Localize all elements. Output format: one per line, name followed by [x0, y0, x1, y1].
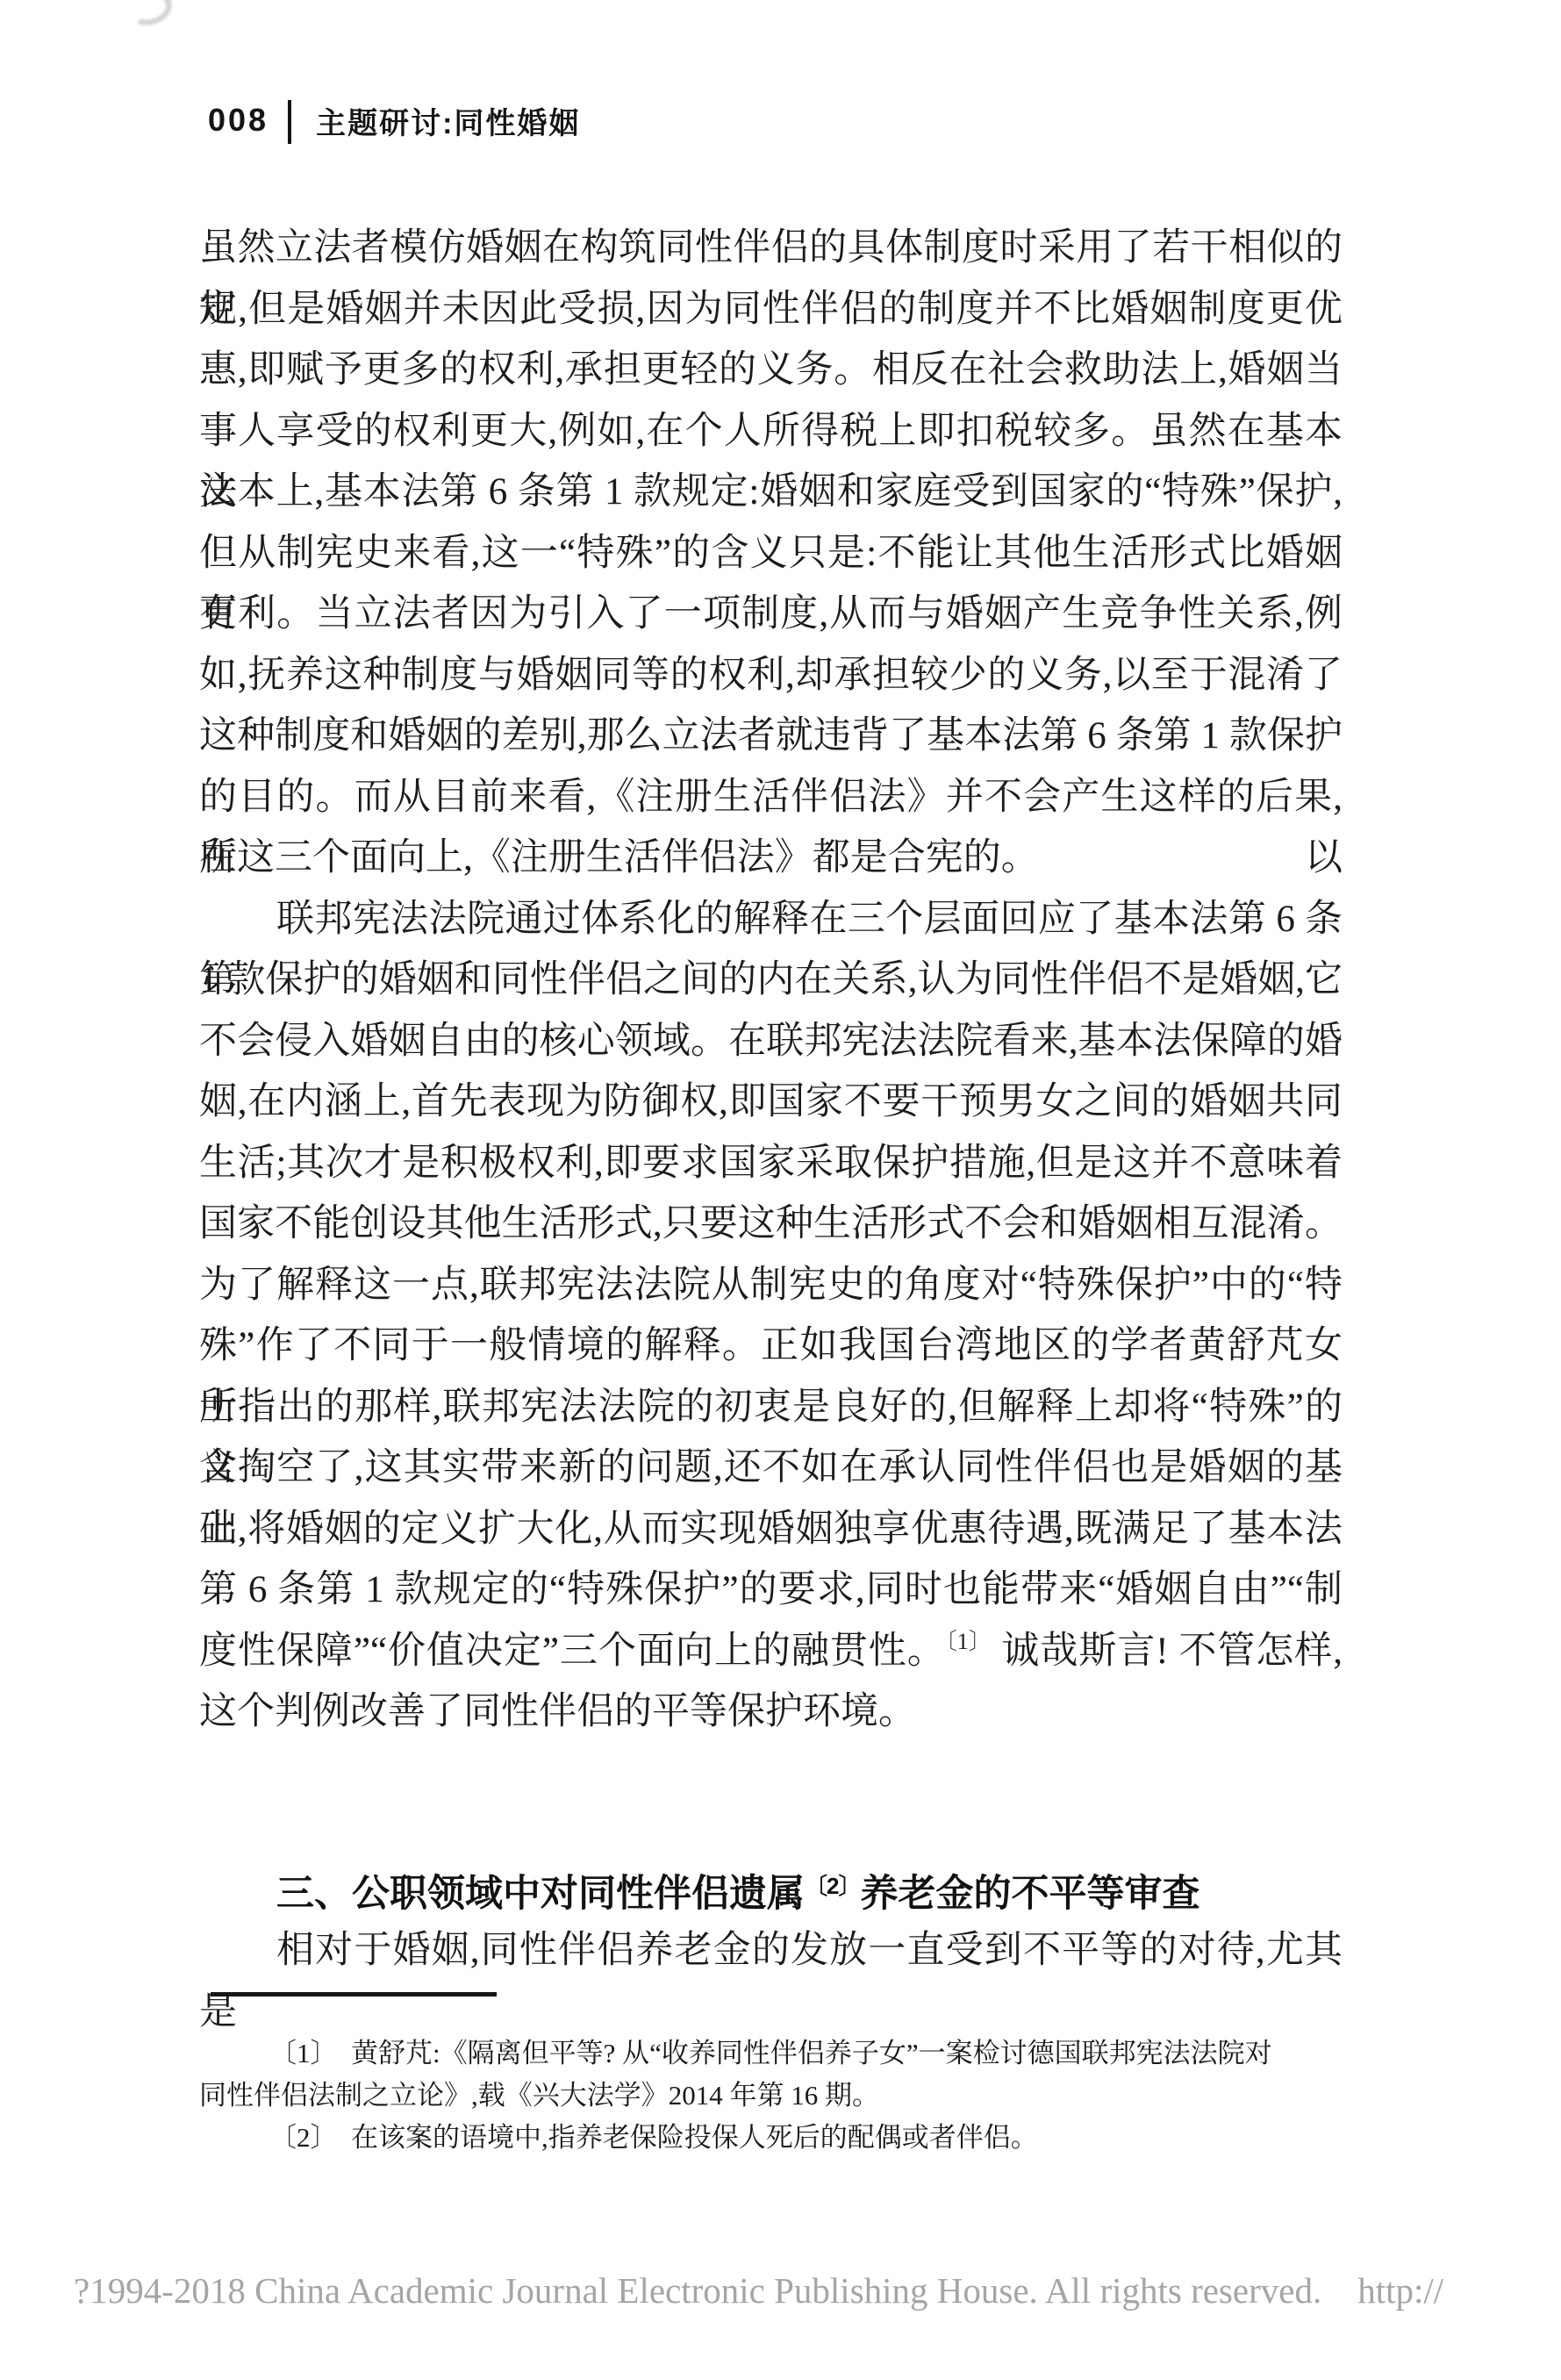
body-line: 所指出的那样,联邦宪法法院的初衷是良好的,但解释上却将“特殊”的含 [199, 1377, 1343, 1438]
body-line: 虽然立法者模仿婚姻在构筑同性伴侣的具体制度时采用了若干相似的规 [199, 218, 1343, 279]
body-line: 定,但是婚姻并未因此受损,因为同性伴侣的制度并不比婚姻制度更优 [199, 279, 1343, 341]
footnote-line: 〔1〕 黄舒芃:《隔离但平等? 从“收养同性伴侣养子女”一案检讨德国联邦宪法法院… [199, 2032, 1327, 2075]
body-line: 这种制度和婚姻的差别,那么立法者就违背了基本法第 6 条第 1 款保护 [199, 706, 1343, 767]
footnote-divider [211, 1992, 497, 1996]
body-text: 虽然立法者模仿婚姻在构筑同性伴侣的具体制度时采用了若干相似的规定,但是婚姻并未因… [199, 218, 1343, 1743]
body-line: 国家不能创设其他生活形式,只要这种生活形式不会和婚姻相互混淆。 [199, 1194, 1343, 1255]
footnote-ref: 〔1〕 [946, 1629, 992, 1654]
body-line: 第 6 条第 1 款规定的“特殊保护”的要求,同时也能带来“婚姻自由”“制 [199, 1559, 1343, 1621]
journal-page: 008 主题研讨:同性婚姻 虽然立法者模仿婚姻在构筑同性伴侣的具体制度时采用了若… [0, 0, 1561, 2380]
footnote-line: 〔2〕 在该案的语境中,指养老保险投保人死后的配偶或者伴侣。 [199, 2117, 1327, 2159]
body-line: 1 款保护的婚姻和同性伴侣之间的内在关系,认为同性伴侣不是婚姻,它 [199, 950, 1343, 1011]
body-line: 不会侵入婚姻自由的核心领域。在联邦宪法法院看来,基本法保障的婚 [199, 1011, 1343, 1072]
footnote-ref: 〔2〕 [805, 1873, 860, 1899]
footnotes: 〔1〕 黄舒芃:《隔离但平等? 从“收养同性伴侣养子女”一案检讨德国联邦宪法法院… [199, 2032, 1327, 2159]
scan-smudge [124, 0, 175, 31]
body-line: 这个判例改善了同性伴侣的平等保护环境。 [199, 1681, 1343, 1743]
body-line: 有利。当立法者因为引入了一项制度,从而与婚姻产生竞争性关系,例 [199, 584, 1343, 645]
section-heading: 三、公职领域中对同性伴侣遗属〔2〕养老金的不平等审查 [199, 1866, 1343, 1922]
body-line: 如,抚养这种制度与婚姻同等的权利,却承担较少的义务,以至于混淆了 [199, 645, 1343, 706]
body-line: 的目的。而从目前来看,《注册生活伴侣法》并不会产生这样的后果,所以 [199, 767, 1343, 828]
body-line: 义掏空了,这其实带来新的问题,还不如在承认同性伴侣也是婚姻的基础 [199, 1437, 1343, 1499]
page-number: 008 [208, 102, 269, 139]
body-line: 相对于婚姻,同性伴侣养老金的发放一直受到不平等的对待,尤其是 [199, 1920, 1343, 1982]
body-line: 事人享受的权利更大,例如,在个人所得税上即扣税较多。虽然在基本法 [199, 401, 1343, 462]
page-header: 008 主题研讨:同性婚姻 [208, 97, 580, 144]
header-section-label: 主题研讨:同性婚姻 [316, 99, 580, 142]
header-divider [288, 100, 291, 144]
section-heading-line: 三、公职领域中对同性伴侣遗属〔2〕养老金的不平等审查 [199, 1866, 1343, 1922]
section-first-paragraph: 相对于婚姻,同性伴侣养老金的发放一直受到不平等的对待,尤其是 [199, 1920, 1343, 1982]
watermark-text: ?1994-2018 China Academic Journal Electr… [74, 2269, 1561, 2312]
body-line: 文本上,基本法第 6 条第 1 款规定:婚姻和家庭受到国家的“特殊”保护, [199, 462, 1343, 523]
body-line: 为了解释这一点,联邦宪法法院从制宪史的角度对“特殊保护”中的“特 [199, 1255, 1343, 1316]
body-line: 度性保障”“价值决定”三个面向上的融贯性。〔1〕 诚哉斯言! 不管怎样, [199, 1621, 1343, 1682]
body-line: 惠,即赋予更多的权利,承担更轻的义务。相反在社会救助法上,婚姻当 [199, 340, 1343, 401]
body-line: 殊”作了不同于一般情境的解释。正如我国台湾地区的学者黄舒芃女士 [199, 1315, 1343, 1377]
body-line: 生活;其次才是积极权利,即要求国家采取保护措施,但是这并不意味着 [199, 1133, 1343, 1194]
body-line: 联邦宪法法院通过体系化的解释在三个层面回应了基本法第 6 条第 [199, 889, 1343, 950]
footnote-line: 同性伴侣法制之立论》,载《兴大法学》2014 年第 16 期。 [199, 2075, 1327, 2117]
body-line: 姻,在内涵上,首先表现为防御权,即国家不要干预男女之间的婚姻共同 [199, 1072, 1343, 1133]
body-line: 上,将婚姻的定义扩大化,从而实现婚姻独享优惠待遇,既满足了基本法 [199, 1499, 1343, 1560]
body-line: 但从制宪史来看,这一“特殊”的含义只是:不能让其他生活形式比婚姻更 [199, 523, 1343, 584]
